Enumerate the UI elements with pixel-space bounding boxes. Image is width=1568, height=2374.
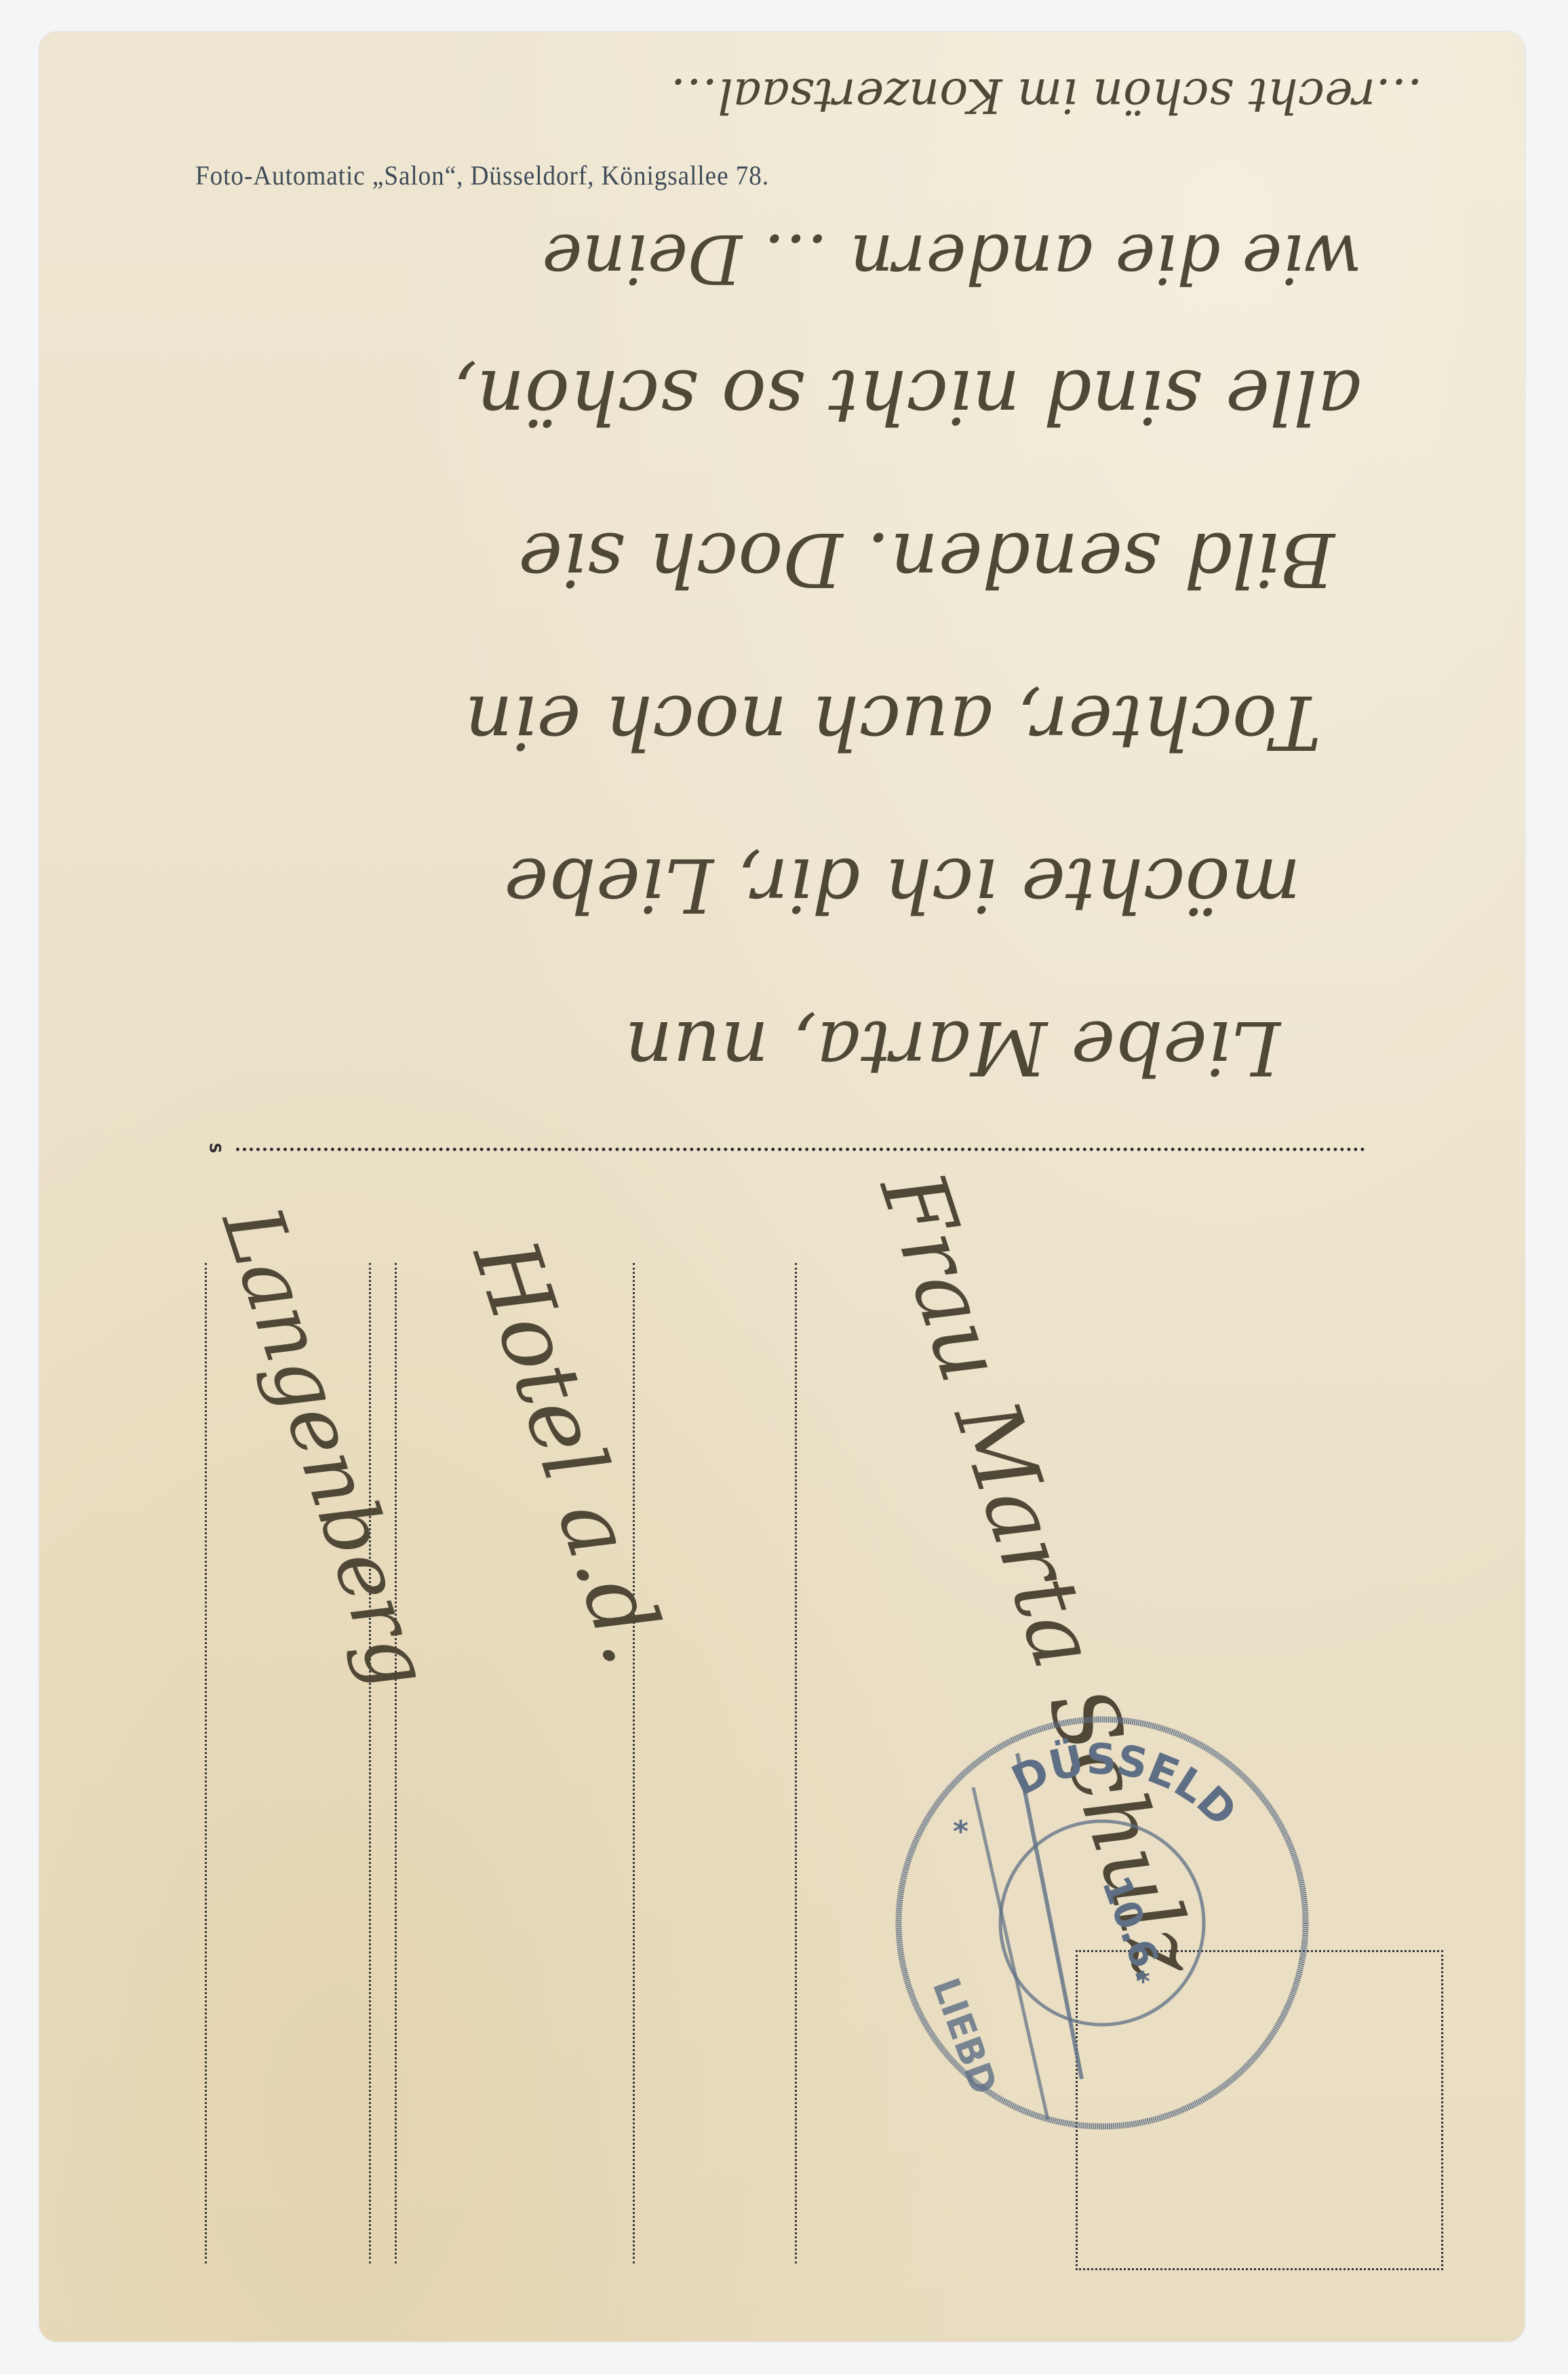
postmark-star-1: * [953,1814,968,1849]
postmark: DÜSSELD 10.6. LIEBD * * [878,1699,1326,2147]
postmark-star-2: * [1136,1966,1150,1998]
printed-header: Foto-Automatic „Salon“, Düsseldorf, Köni… [195,159,1312,191]
postmark-city: DÜSSELD [991,1699,1254,1889]
address-line-2 [369,1263,371,2263]
address-line-4 [633,1263,635,2263]
address-line-5 [795,1263,797,2263]
address-line-3 [395,1263,397,2263]
address-line-1 [205,1263,207,2263]
postmark-date: 10.6. [1093,1871,1172,1987]
message-address-divider [236,1148,1365,1151]
divider-mark: S [205,1143,222,1154]
